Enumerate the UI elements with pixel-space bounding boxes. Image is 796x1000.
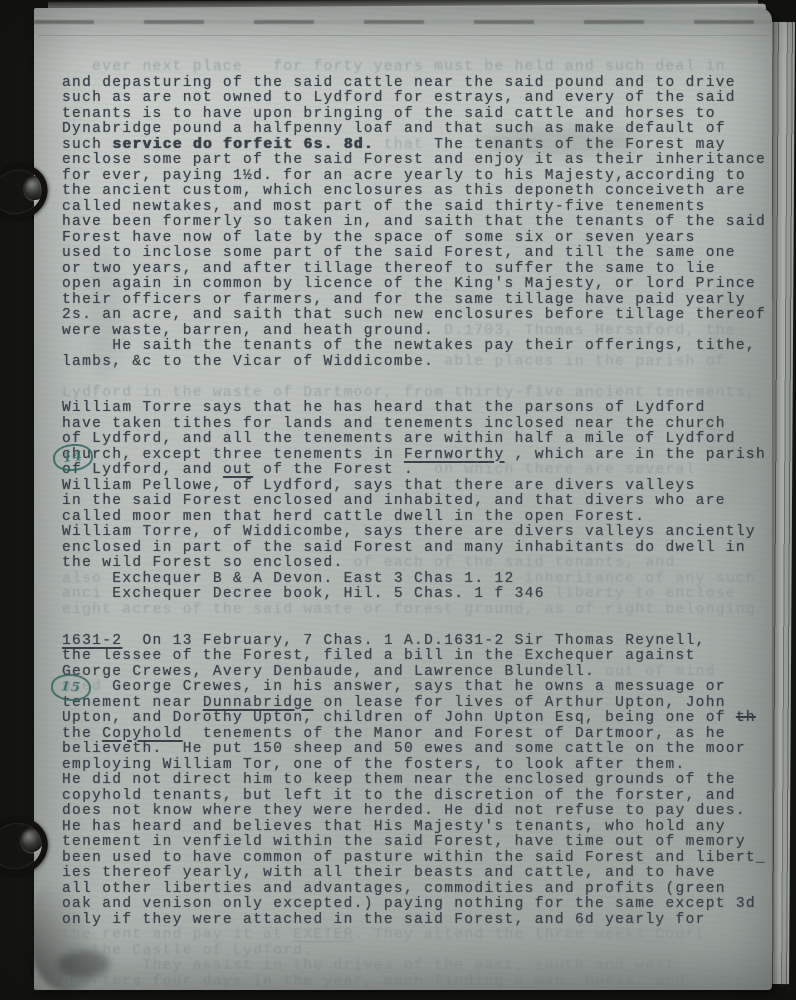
typed-text: ever next place for forty years must be … bbox=[62, 60, 774, 990]
text-segment: George Crewes, Avery Denbaude, and Lawre… bbox=[62, 664, 595, 680]
text-segment: lambs, &c to the Vicar of Widdicombe. bbox=[62, 354, 434, 370]
ghost-text-segment: able places in the parish of bbox=[434, 354, 726, 370]
text-segment: were waste, barren, and heath ground. bbox=[62, 323, 434, 339]
text-line: in the said Forest enclosed and inhabite… bbox=[62, 494, 774, 510]
text-line: eight acres of the said waste or forest … bbox=[62, 603, 774, 619]
text-line: called newtakes, and most part of the sa… bbox=[62, 200, 774, 216]
text-segment: in the said Forest enclosed and inhabite… bbox=[62, 493, 726, 509]
text-segment: and depasturing of the said cattle near … bbox=[62, 75, 736, 91]
text-line: been used to have common of pasture with… bbox=[62, 851, 774, 867]
text-line: the ancient custom, which enclosures as … bbox=[62, 184, 774, 200]
text-line: such service do forfeit 6s. 8d. that The… bbox=[62, 138, 774, 154]
text-segment: such as are not owned to Lydford for est… bbox=[62, 90, 736, 106]
text-line: anci Exchequer Decree book, Hil. 5 Chas.… bbox=[62, 587, 774, 603]
text-line: their officers or farmers, and for the s… bbox=[62, 293, 774, 309]
text-segment: Exchequer Decree book, Hil. 5 Chas. 1 f … bbox=[102, 586, 545, 602]
text-line: used to inclose some part of the said Fo… bbox=[62, 246, 774, 262]
text-segment: of the Forest . bbox=[253, 462, 414, 478]
ghost-text-segment: inheritance of any such bbox=[515, 571, 756, 587]
text-segment: employing William Tor, one of the foster… bbox=[62, 757, 686, 773]
text-line: Dynabridge pound a halfpenny loaf and th… bbox=[62, 122, 774, 138]
text-segment: tenants is to have upon bringing of the … bbox=[62, 106, 716, 122]
text-line: the rent and pay it at EXETER. They atte… bbox=[62, 928, 774, 944]
text-segment: the ancient custom, which enclosures as … bbox=[62, 183, 746, 199]
ghost-text-segment: on which there are several bbox=[414, 462, 696, 478]
text-line: called moor men that herd cattle dwell i… bbox=[62, 510, 774, 526]
text-segment: for ever, paying 1½d. for an acre yearly… bbox=[62, 168, 746, 184]
text-segment: open again in common by licence of the K… bbox=[62, 276, 756, 292]
text-segment: oak and venison only excepted.) paying n… bbox=[62, 896, 756, 912]
text-segment: used to inclose some part of the said Fo… bbox=[62, 245, 736, 261]
text-line: the lessee of the Forest, filed a bill i… bbox=[62, 649, 774, 665]
text-segment: Exchequer B & A Devon. East 3 Chas 1. 12 bbox=[102, 571, 514, 587]
ghost-text-segment: . They attend the three weeks Court bbox=[354, 927, 706, 943]
text-line bbox=[62, 618, 774, 634]
text-line: enclosed in part of the said Forest and … bbox=[62, 541, 774, 557]
text-line: ies thereof yearly, with all their beast… bbox=[62, 866, 774, 882]
ghost-text-segment: D.1703, Thomas Hersaford, the bbox=[434, 323, 736, 339]
ghost-text-segment: EXETER bbox=[293, 927, 353, 943]
text-line: have been formerly so taken in, and sait… bbox=[62, 215, 774, 231]
text-segment: called newtakes, and most part of the sa… bbox=[62, 199, 706, 215]
text-line: Upton, and Dorothy Upton, children of Jo… bbox=[62, 711, 774, 727]
ghost-text-segment: also bbox=[62, 571, 102, 587]
text-segment: the wild Forest so enclosed. bbox=[62, 555, 344, 571]
text-segment: or two years, and after tillage thereof … bbox=[62, 261, 716, 277]
text-segment: copyhold tenants, but left it to the dis… bbox=[62, 788, 736, 804]
ghost-text-segment: Lydford in the waste of Dartmoor, from t… bbox=[62, 385, 756, 401]
text-line: or two years, and after tillage thereof … bbox=[62, 262, 774, 278]
text-line: tenement near Dunnabridge on lease for l… bbox=[62, 696, 774, 712]
text-segment: George Crewes, in his answer, says that … bbox=[102, 679, 726, 695]
text-line: quarters four days in the year, each fin… bbox=[62, 975, 774, 991]
text-line: such as are not owned to Lydford for est… bbox=[62, 91, 774, 107]
text-segment: the bbox=[62, 726, 102, 742]
text-line: He has heard and believes that His Majes… bbox=[62, 820, 774, 836]
text-segment: William Torre says that he has heard tha… bbox=[62, 400, 706, 416]
text-segment: the lessee of the Forest, filed a bill i… bbox=[62, 648, 696, 664]
text-segment: out bbox=[223, 462, 253, 478]
text-segment: William Torre, of Widdicombe, says there… bbox=[62, 524, 756, 540]
ghost-text-segment: eight acres of the said waste or forest … bbox=[62, 602, 756, 618]
text-line: the wild Forest so enclosed. of each of … bbox=[62, 556, 774, 572]
text-segment: such bbox=[62, 137, 112, 153]
photo-backdrop: ever next place for forty years must be … bbox=[0, 0, 796, 1000]
ghost-text-segment: at the Castle of Lydford. bbox=[62, 943, 313, 959]
text-segment: only if they were attached in the said F… bbox=[62, 912, 706, 928]
text-segment: Upton, and Dorothy Upton, children of Jo… bbox=[62, 710, 736, 726]
text-line: open again in common by licence of the K… bbox=[62, 277, 774, 293]
text-line: enclose some part of the said Forest and… bbox=[62, 153, 774, 169]
text-line: oak and venison only excepted.) paying n… bbox=[62, 897, 774, 913]
text-line: lambs, &c to the Vicar of Widdicombe. ab… bbox=[62, 355, 774, 371]
text-line: William Pellowe, of Lydford, says that t… bbox=[62, 479, 774, 495]
text-line: 2s. an acre, and saith that such new enc… bbox=[62, 308, 774, 324]
text-line: Forest have now of late by the space of … bbox=[62, 231, 774, 247]
text-segment: Fernworthy bbox=[404, 447, 505, 463]
text-segment: tenement in venfield within the said For… bbox=[62, 834, 746, 850]
text-segment: their officers or farmers, and for the s… bbox=[62, 292, 746, 308]
text-line: at the Castle of Lydford. bbox=[62, 944, 774, 960]
text-line: of Lydford, and all the tenements are wi… bbox=[62, 432, 774, 448]
ghost-text-segment: They assist in the drives of the east, s… bbox=[62, 958, 676, 974]
text-segment: believeth. He put 150 sheep and 50 ewes … bbox=[62, 741, 746, 757]
text-line: He saith the tenants of the newtakes pay… bbox=[62, 339, 774, 355]
text-line: ever next place for forty years must be … bbox=[62, 60, 774, 76]
ghost-text-segment: anci bbox=[62, 586, 102, 602]
text-segment: Dunnabridge bbox=[203, 695, 314, 711]
text-line: also Exchequer B & A Devon. East 3 Chas … bbox=[62, 572, 774, 588]
text-segment: have been formerly so taken in, and sait… bbox=[62, 214, 766, 230]
ghost-text-segment: the rent and pay it at bbox=[62, 927, 293, 943]
text-line: used George Crewes, in his answer, says … bbox=[62, 680, 774, 696]
text-line: copyhold tenants, but left it to the dis… bbox=[62, 789, 774, 805]
text-line: all other liberties and advantages, comm… bbox=[62, 882, 774, 898]
text-segment: on lease for lives of Arthur Upton, John bbox=[313, 695, 725, 711]
text-line: William Torre says that he has heard tha… bbox=[62, 401, 774, 417]
text-segment: all other liberties and advantages, comm… bbox=[62, 881, 726, 897]
text-line: He did not direct him to keep them near … bbox=[62, 773, 774, 789]
text-line: does not know where they were herded. He… bbox=[62, 804, 774, 820]
ghost-text-segment: ever next place for forty years must be … bbox=[62, 59, 726, 75]
text-line: They assist in the drives of the east, s… bbox=[62, 959, 774, 975]
text-line: were waste, barren, and heath ground. D.… bbox=[62, 324, 774, 340]
text-segment: He did not direct him to keep them near … bbox=[62, 772, 736, 788]
text-segment: Dynabridge pound a halfpenny loaf and th… bbox=[62, 121, 726, 137]
ghost-text-segment: liberty to enclose bbox=[545, 586, 736, 602]
text-segment: William Pellowe, of Lydford, says that t… bbox=[62, 478, 696, 494]
text-segment: have taken tithes for lands and tenement… bbox=[62, 416, 726, 432]
text-line: church, except three tenements in Fernwo… bbox=[62, 448, 774, 464]
sheet-seam-line bbox=[34, 20, 772, 24]
text-line: Lydford in the waste of Dartmoor, from t… bbox=[62, 386, 774, 402]
text-line: William Torre, of Widdicombe, says there… bbox=[62, 525, 774, 541]
text-line: only if they were attached in the said F… bbox=[62, 913, 774, 929]
text-segment: called moor men that herd cattle dwell i… bbox=[62, 509, 645, 525]
text-segment: He has heard and believes that His Majes… bbox=[62, 819, 726, 835]
text-segment: The tenants of the Forest may bbox=[434, 137, 726, 153]
ghost-text-segment: that bbox=[374, 137, 434, 153]
text-line: George Crewes, Avery Denbaude, and Lawre… bbox=[62, 665, 774, 681]
ghost-text-segment: of each of the said tenants, and bbox=[344, 555, 676, 571]
text-line: tenants is to have upon bringing of the … bbox=[62, 107, 774, 123]
text-segment: He saith the tenants of the newtakes pay… bbox=[62, 338, 756, 354]
text-segment: church, except three tenements in bbox=[62, 447, 404, 463]
text-segment: 1631-2 bbox=[62, 633, 122, 649]
text-line: and depasturing of the said cattle near … bbox=[62, 76, 774, 92]
text-segment: tenements of the Manor and Forest of Dar… bbox=[183, 726, 726, 742]
text-segment: Copyhold bbox=[102, 726, 182, 742]
ghost-text-segment: quarters four days in the year, each fin… bbox=[62, 974, 686, 990]
text-line: have taken tithes for lands and tenement… bbox=[62, 417, 774, 433]
text-segment: , which are in the parish bbox=[505, 447, 767, 463]
text-line: believeth. He put 150 sheep and 50 ewes … bbox=[62, 742, 774, 758]
text-segment: 2s. an acre, and saith that such new enc… bbox=[62, 307, 766, 323]
text-segment: does not know where they were herded. He… bbox=[62, 803, 746, 819]
text-segment: ies thereof yearly, with all their beast… bbox=[62, 865, 716, 881]
text-line: for ever, paying 1½d. for an acre yearly… bbox=[62, 169, 774, 185]
sheet-seam-line-thin bbox=[38, 35, 769, 36]
text-segment: service do forfeit 6s. 8d. bbox=[112, 137, 374, 153]
text-segment: enclose some part of the said Forest and… bbox=[62, 152, 766, 168]
text-line: employing William Tor, one of the foster… bbox=[62, 758, 774, 774]
text-line: 1631-2 On 13 February, 7 Chas. 1 A.D.163… bbox=[62, 634, 774, 650]
text-line bbox=[62, 370, 774, 386]
text-segment: been used to have common of pasture with… bbox=[62, 850, 766, 866]
text-segment: of Lydford, and all the tenements are wi… bbox=[62, 431, 736, 447]
text-line: tenement in venfield within the said For… bbox=[62, 835, 774, 851]
text-segment: On 13 February, 7 Chas. 1 A.D.1631-2 Sir… bbox=[122, 633, 705, 649]
text-segment: Forest have now of late by the space of … bbox=[62, 230, 696, 246]
ghost-text-segment: out of mind bbox=[595, 664, 716, 680]
text-segment: th bbox=[736, 710, 756, 726]
text-segment: enclosed in part of the said Forest and … bbox=[62, 540, 746, 556]
text-line: the Copyhold tenements of the Manor and … bbox=[62, 727, 774, 743]
text-line: of Lydford, and out of the Forest . on w… bbox=[62, 463, 774, 479]
